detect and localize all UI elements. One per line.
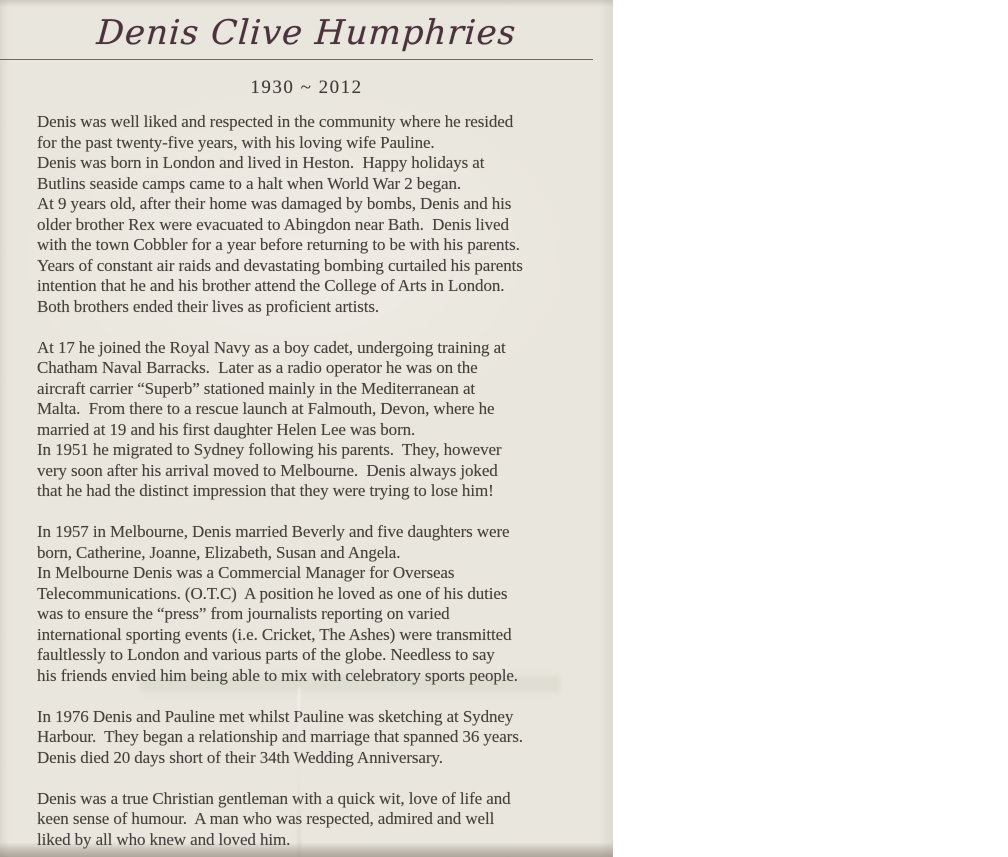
text-line: At 9 years old, after their home was dam…	[37, 194, 613, 215]
text-line: Both brothers ended their lives as profi…	[37, 297, 613, 318]
text-line: In 1957 in Melbourne, Denis married Beve…	[37, 522, 613, 543]
memorial-text: Denis was well liked and respected in th…	[0, 112, 613, 850]
text-line: In 1976 Denis and Pauline met whilst Pau…	[37, 707, 613, 728]
text-line: Butlins seaside camps came to a halt whe…	[37, 174, 613, 195]
text-line: aircraft carrier “Superb” stationed main…	[37, 379, 613, 400]
text-line: born, Catherine, Joanne, Elizabeth, Susa…	[37, 543, 613, 564]
title-divider	[0, 59, 593, 60]
text-line: intention that he and his brother attend…	[37, 276, 613, 297]
paragraph: In 1957 in Melbourne, Denis married Beve…	[37, 522, 613, 686]
text-line: keen sense of humour. A man who was resp…	[37, 809, 613, 830]
text-line: At 17 he joined the Royal Navy as a boy …	[37, 338, 613, 359]
text-line: In Melbourne Denis was a Commercial Mana…	[37, 563, 613, 584]
page-title: Denis Clive Humphries	[0, 10, 613, 56]
text-line: Years of constant air raids and devastat…	[37, 256, 613, 277]
text-line: Denis was born in London and lived in He…	[37, 153, 613, 174]
text-line: very soon after his arrival moved to Mel…	[37, 461, 613, 482]
paragraph: Denis was a true Christian gentleman wit…	[37, 789, 613, 851]
text-line: liked by all who knew and loved him.	[37, 830, 613, 851]
scan-canvas: Denis Clive Humphries 1930 ~ 2012 Denis …	[0, 0, 1008, 857]
text-line: Denis was a true Christian gentleman wit…	[37, 789, 613, 810]
text-line: Harbour. They began a relationship and m…	[37, 727, 613, 748]
life-years: 1930 ~ 2012	[0, 77, 613, 99]
text-line: married at 19 and his first daughter Hel…	[37, 420, 613, 441]
text-line: Denis died 20 days short of their 34th W…	[37, 748, 613, 769]
text-line: international sporting events (i.e. Cric…	[37, 625, 613, 646]
memorial-page: Denis Clive Humphries 1930 ~ 2012 Denis …	[0, 0, 613, 857]
text-line: Telecommunications. (O.T.C) A position h…	[37, 584, 613, 605]
paragraph: At 17 he joined the Royal Navy as a boy …	[37, 338, 613, 502]
text-line: that he had the distinct impression that…	[37, 481, 613, 502]
text-line: was to ensure the “press” from journalis…	[37, 604, 613, 625]
text-line: Malta. From there to a rescue launch at …	[37, 399, 613, 420]
text-line: Chatham Naval Barracks. Later as a radio…	[37, 358, 613, 379]
paragraph: In 1976 Denis and Pauline met whilst Pau…	[37, 707, 613, 769]
text-line: older brother Rex were evacuated to Abin…	[37, 215, 613, 236]
text-line: for the past twenty-five years, with his…	[37, 133, 613, 154]
paragraph: Denis was well liked and respected in th…	[37, 112, 613, 317]
text-line: faultlessly to London and various parts …	[37, 645, 613, 666]
text-line: his friends envied him being able to mix…	[37, 666, 613, 687]
text-line: Denis was well liked and respected in th…	[37, 112, 613, 133]
text-line: with the town Cobbler for a year before …	[37, 235, 613, 256]
text-line: In 1951 he migrated to Sydney following …	[37, 440, 613, 461]
